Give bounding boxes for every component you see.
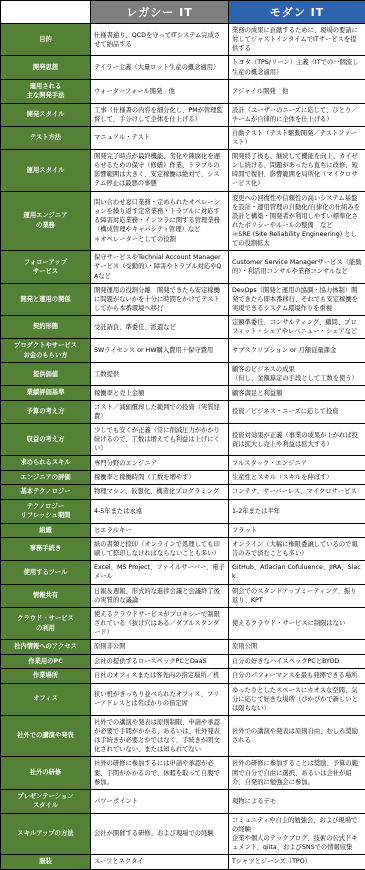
row-label: 求められるスキル xyxy=(1,456,91,470)
table-row: 開発思想テイラー主義（大量ロット生産の概念適用）トヨタ（TPS/リーン）主義（I… xyxy=(1,56,365,79)
legacy-vs-modern-it-table: レガシー IT モダン IT 目的仕様書通り、QCDを守ってITシステム完成させ… xyxy=(0,0,365,870)
legacy-cell: 会社の提供するロースペックPCとDaaS xyxy=(91,654,229,668)
table-header: レガシー IT モダン IT xyxy=(1,1,365,24)
legacy-cell: 稼働率と売上金額 xyxy=(91,386,229,400)
header-row: レガシー IT モダン IT xyxy=(1,1,365,24)
row-label: 契約形態 xyxy=(1,316,91,339)
table-row: 業績評価基準稼働率と売上金額顧客満足と利益額 xyxy=(1,386,365,400)
row-label: テスト方法 xyxy=(1,126,91,149)
modern-cell: フルスタック・エンジニア xyxy=(229,456,365,470)
legacy-cell: 受託請負、準委任、派遣など xyxy=(91,316,229,339)
modern-cell: 設計（ユーザーのニーズに応じて、ひとり／チームが自律的に全体を仕上げる） xyxy=(229,103,365,126)
table-row: 収益の考え方少しでも安くが正義（常に削減圧力がかかり続けるので、工数は増えても利… xyxy=(1,424,365,456)
table-row: エンジニアの評価稼働率と稼働時間（工数を増やす）生産性とスキル（スキルを伸ばす） xyxy=(1,470,365,484)
modern-cell: ゆったりとしたスペースにカオスな空間、気分に応じて好きな場所（ぴかぴかで新しいと… xyxy=(229,683,365,715)
legacy-cell: ウォーターフォール開発 他 xyxy=(91,79,229,103)
legacy-cell: 社外の研修に参加するには申請や承認が必要、手間がかかるので、休暇を取って自腹で参… xyxy=(91,757,229,789)
legacy-cell: 自社のオフィスまたは客先内の指定場所／机 xyxy=(91,669,229,683)
legacy-cell: スーツとネクタイ xyxy=(91,855,229,869)
row-label: 開発と運用の関係 xyxy=(1,283,91,315)
table-row: 予算の考え方コスト／減価償却した範囲での投資（実質経費）投資／ビジネス・ニーズに… xyxy=(1,400,365,423)
table-row: 服装スーツとネクタイTシャツとジーンズ（TPO） xyxy=(1,855,365,869)
legacy-cell: パワーポイント xyxy=(91,789,229,813)
table-row: 求められるスキル専門分野のエンジニアフルスタック・エンジニア xyxy=(1,456,365,470)
legacy-cell: 狭い机がきっちり並べられたオフィス、フリーアドレスとは名ばかりの指定席 xyxy=(91,683,229,715)
modern-cell: 自動テスト（テスト駆動開発／テストファースト） xyxy=(229,126,365,149)
table-row: 社内情報へのアクセス原則非公開原則公開 xyxy=(1,640,365,654)
table-row: 作業用のPC会社の提供するロースペックPCとDaaS自分の好きなハイスペックPC… xyxy=(1,654,365,668)
modern-cell: 原則公開 xyxy=(229,640,365,654)
row-label: 業績評価基準 xyxy=(1,386,91,400)
modern-cell: 投資対効果が正義（事業の成果が上がれば投資は拡大し売上や利益は拡大する） xyxy=(229,424,365,456)
modern-cell: フラット xyxy=(229,523,365,537)
table-row: 目的仕様書通り、QCDを守ってITシステム完成させて納品する業務の成果に貢献する… xyxy=(1,24,365,56)
legacy-cell: ヒエラルキー xyxy=(91,523,229,537)
row-label: 使用するツール xyxy=(1,561,91,584)
row-label: オフィス xyxy=(1,683,91,715)
row-label: クラウド・サービス の利用 xyxy=(1,607,91,639)
row-label: 作業用のPC xyxy=(1,654,91,668)
modern-cell: コンテナ、サーバーレス、マイクロサービス xyxy=(229,485,365,499)
legacy-cell: 工数提供 xyxy=(91,363,229,386)
table-row: クラウド・サービス の利用使えるクラウドサービスがプロキシーで制限されている（抜… xyxy=(1,607,365,639)
legacy-cell: 問い合わせ窓口業務・定められたオペレーションを繰り返す定常業務・トラブルに対応す… xyxy=(91,191,229,251)
modern-cell: 1-2年または半年 xyxy=(229,499,365,523)
table-row: 契約形態受託請負、準委任、派遣など定額準委任、コンサルティング、顧問、プロフィッ… xyxy=(1,316,365,339)
row-label: 適用される 主な開発手法 xyxy=(1,79,91,103)
table-row: 作業場所自社のオフィスまたは客先内の指定場所／机自分のパフォーマンスを最も発揮で… xyxy=(1,669,365,683)
row-label: 収益の考え方 xyxy=(1,424,91,456)
modern-cell: 開発終了後も、継続して機能を向上、カイゼンし続ける、問題があったら直ちに改修、短… xyxy=(229,150,365,192)
legacy-cell: 4-5年または永遠 xyxy=(91,499,229,523)
modern-cell: 使えるクラウド・サービスに制限はない xyxy=(229,607,365,639)
row-label: 提供価値 xyxy=(1,363,91,386)
table-row: 基本テクノロジー物理マシン、仮想化、構造化プログラミングコンテナ、サーバーレス、… xyxy=(1,485,365,499)
modern-cell: 業務の成果に貢献するために、現場の要請に対してジャストインタイムでITサービスを… xyxy=(229,24,365,56)
table-row: プレゼンテーション スタイルパワーポイント現物によるデモ xyxy=(1,789,365,813)
legacy-cell: 開発運用の役割分離 開発できたら安定稼働に問題がないかを十分に時間をかけてテスト… xyxy=(91,283,229,315)
table-row: 社外の研修社外の研修に参加するには申請や承認が必要、手間がかかるので、休暇を取っ… xyxy=(1,757,365,789)
table-row: スキルアップの方法会社が開催する研修、および現場での経験コミュニティや自主的勉強… xyxy=(1,813,365,855)
modern-cell: DevOps（開発と運用の協調・協力体制）開発できたら即本番移行、それでも安定稼… xyxy=(229,283,365,315)
table-row: 事務手続き紙の書類と捺印（オンラインで処理しても印刷して捺印しなければならないこ… xyxy=(1,538,365,561)
table-row: 社外での講演や発表社外での講演や発表は原則制限、申請や承認が必要で手間がかかる、… xyxy=(1,715,365,757)
legacy-cell: 物理マシン、仮想化、構造化プログラミング xyxy=(91,485,229,499)
table-row: 適用される 主な開発手法ウォーターフォール開発 他アジャイル開発 他 xyxy=(1,79,365,103)
table-row: フォローアップ サービス保守サービスやTechnial Account Mana… xyxy=(1,251,365,283)
legacy-cell: 日報＆週報、形式的な進捗会議と会議終了後の実質的な議論 xyxy=(91,584,229,607)
row-label: 作業場所 xyxy=(1,669,91,683)
table-row: オフィス狭い机がきっちり並べられたオフィス、フリーアドレスとは名ばかりの指定席ゆ… xyxy=(1,683,365,715)
row-label: エンジニアの評価 xyxy=(1,470,91,484)
row-label: 社内情報へのアクセス xyxy=(1,640,91,654)
legacy-cell: 専門分野のエンジニア xyxy=(91,456,229,470)
modern-cell: 自分のパフォーマンスを最も発揮できる場所 xyxy=(229,669,365,683)
row-label: 目的 xyxy=(1,24,91,56)
modern-cell: GitHub、Atlacian Cofuluence、JIRA、Slack xyxy=(229,561,365,584)
legacy-cell: マニュアル・テスト xyxy=(91,126,229,149)
modern-cell: 定額準委任、コンサルティング、顧問、プロフィット・シェアやレベニュー・シェアなど xyxy=(229,316,365,339)
modern-cell: コミュニティや自主的勉強会、および現場での経験 企業や個人のテックブログ、技術の… xyxy=(229,813,365,855)
modern-cell: 顧客のビジネスの成果 （但し、金額算定の手段として工数を使う） xyxy=(229,363,365,386)
modern-cell: 変更への回復性や信頼性の高いシステム基盤を設計・運用管理の自動化/自律化の仕組み… xyxy=(229,191,365,251)
row-label: テクノロジー リフレッシュ期間 xyxy=(1,499,91,523)
legacy-cell: Excel、MS Project、ファイルサーバー、電子メール xyxy=(91,561,229,584)
table-row: 開発スタイル工事（仕様書の内容を細分化し、PMが管理監督して、手分けして全体を仕… xyxy=(1,103,365,126)
row-label: 予算の考え方 xyxy=(1,400,91,423)
table-row: テスト方法マニュアル・テスト自動テスト（テスト駆動開発／テストファースト） xyxy=(1,126,365,149)
legacy-cell: 原則非公開 xyxy=(91,640,229,654)
row-label: 服装 xyxy=(1,855,91,869)
modern-cell: Customer Service Managerサービス（能動的）・利活用コンサ… xyxy=(229,251,365,283)
table-row: テクノロジー リフレッシュ期間4-5年または永遠1-2年または半年 xyxy=(1,499,365,523)
row-label: 社外での講演や発表 xyxy=(1,715,91,757)
row-label: 運用エンジニア の業務 xyxy=(1,191,91,251)
table-row: 運用スタイル開発完了時点が最終機能、劣化や陳腐化を遅らせるための保守（修繕）作業… xyxy=(1,150,365,192)
row-label: スキルアップの方法 xyxy=(1,813,91,855)
header-corner-cell xyxy=(1,1,91,24)
modern-cell: トヨタ（TPS/リーン）主義（ITでの一個流し生産の概念適用） xyxy=(229,56,365,79)
legacy-cell: コスト／減価償却した範囲での投資（実質経費） xyxy=(91,400,229,423)
legacy-cell: 使えるクラウドサービスがプロキシーで制限されている（抜け穴はある／ダブルスタンダ… xyxy=(91,607,229,639)
modern-cell: サブスクリプション or 月額従量課金 xyxy=(229,339,365,363)
table-row: 提供価値工数提供顧客のビジネスの成果 （但し、金額算定の手段として工数を使う） xyxy=(1,363,365,386)
modern-cell: 顧客満足と利益額 xyxy=(229,386,365,400)
modern-cell: 社外での講演や発表は原則自由、むしろ奨励される xyxy=(229,715,365,757)
table-row: 組織ヒエラルキーフラット xyxy=(1,523,365,537)
header-legacy-it: レガシー IT xyxy=(91,1,229,24)
modern-cell: 現物によるデモ xyxy=(229,789,365,813)
row-label: フォローアップ サービス xyxy=(1,251,91,283)
modern-cell: 投資／ビジネス・ニーズに応じて投資 xyxy=(229,400,365,423)
modern-cell: 社外の研修に参加することは奨励、予算の範囲で自分で自由に選択、あるいは会社が紹介… xyxy=(229,757,365,789)
header-modern-it: モダン IT xyxy=(229,1,365,24)
modern-cell: 生産性とスキル（スキルを伸ばす） xyxy=(229,470,365,484)
table-row: 開発と運用の関係開発運用の役割分離 開発できたら安定稼働に問題がないかを十分に時… xyxy=(1,283,365,315)
legacy-cell: 保守サービスやTechnial Account Managerサービス（受動的）… xyxy=(91,251,229,283)
legacy-cell: 開発完了時点が最終機能、劣化や陳腐化を遅らせるための保守（修繕）作業、トラブルの… xyxy=(91,150,229,192)
legacy-cell: 紙の書類と捺印（オンラインで処理しても印刷して捺印しなければならないことも多い） xyxy=(91,538,229,561)
row-label: 開発思想 xyxy=(1,56,91,79)
legacy-cell: 工事（仕様書の内容を細分化し、PMが管理監督して、手分けして全体を仕上げる） xyxy=(91,103,229,126)
row-label: 情報共有 xyxy=(1,584,91,607)
row-label: 基本テクノロジー xyxy=(1,485,91,499)
row-label: プロダクトやサービス お金のもらい方 xyxy=(1,339,91,363)
legacy-cell: 仕様書通り、QCDを守ってITシステム完成させて納品する xyxy=(91,24,229,56)
legacy-cell: 社外での講演や発表は原則制限、申請や承認が必要で手間がかかる、あるいは、社外発表… xyxy=(91,715,229,757)
modern-cell: 自分の好きなハイスペックPCとBYOD xyxy=(229,654,365,668)
row-label: 組織 xyxy=(1,523,91,537)
table-row: 運用エンジニア の業務問い合わせ窓口業務・定められたオペレーションを繰り返す定常… xyxy=(1,191,365,251)
modern-cell: 朝会でのスタンドアップミーティング、振り返り、KPT xyxy=(229,584,365,607)
modern-cell: Tシャツとジーンズ（TPO） xyxy=(229,855,365,869)
row-label: 社外の研修 xyxy=(1,757,91,789)
row-label: 開発スタイル xyxy=(1,103,91,126)
modern-cell: アジャイル開発 他 xyxy=(229,79,365,103)
table-body: 目的仕様書通り、QCDを守ってITシステム完成させて納品する業務の成果に貢献する… xyxy=(1,24,365,870)
legacy-cell: 会社が開催する研修、および現場での経験 xyxy=(91,813,229,855)
legacy-cell: 少しでも安くが正義（常に削減圧力がかかり続けるので、工数は増えても利益は上げにく… xyxy=(91,424,229,456)
row-label: 運用スタイル xyxy=(1,150,91,192)
row-label: プレゼンテーション スタイル xyxy=(1,789,91,813)
legacy-cell: 稼働率と稼働時間（工数を増やす） xyxy=(91,470,229,484)
table-row: プロダクトやサービス お金のもらい方SWライセンス or HW購入費用＋保守費用… xyxy=(1,339,365,363)
modern-cell: オンライン（大幅に権限委譲しているので報告のみで済むことも多い） xyxy=(229,538,365,561)
legacy-cell: テイラー主義（大量ロット生産の概念適用） xyxy=(91,56,229,79)
table-row: 情報共有日報＆週報、形式的な進捗会議と会議終了後の実質的な議論朝会でのスタンドア… xyxy=(1,584,365,607)
table-row: 使用するツールExcel、MS Project、ファイルサーバー、電子メールGi… xyxy=(1,561,365,584)
legacy-cell: SWライセンス or HW購入費用＋保守費用 xyxy=(91,339,229,363)
row-label: 事務手続き xyxy=(1,538,91,561)
